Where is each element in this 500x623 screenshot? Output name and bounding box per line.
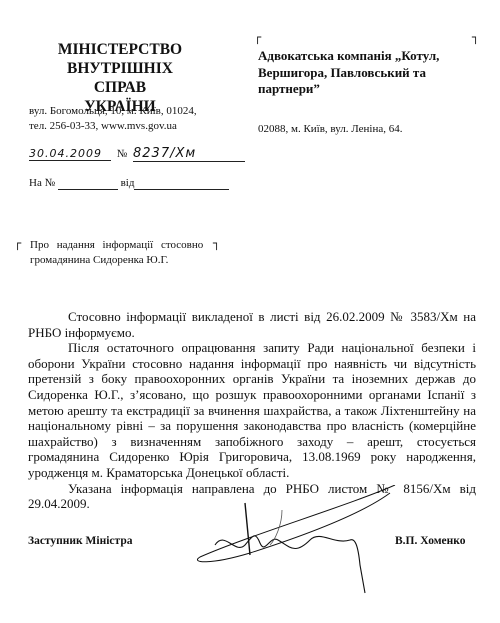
subject-bracket-left-icon: ┌: [14, 236, 21, 250]
reply-date-label: від: [121, 177, 135, 189]
body-paragraph-2: Після остаточного опрацювання запиту Рад…: [28, 340, 476, 480]
subject-line-2: громадянина Сидоренка Ю.Г.: [30, 253, 230, 268]
ministry-line-1: МІНІСТЕРСТВО: [40, 40, 200, 59]
reply-date-blank: [134, 177, 229, 190]
corner-bracket-right-icon: ┐: [472, 30, 479, 44]
corner-bracket-left-icon: ┌: [254, 30, 261, 44]
ministry-line-2: ВНУТРІШНІХ СПРАВ: [40, 59, 200, 97]
sender-address-line-2: тел. 256-03-33, www.mvs.gov.ua: [29, 119, 197, 134]
subject-line-1: Про надання інформації стосовно: [30, 238, 230, 253]
recipient-address: 02088, м. Київ, вул. Леніна, 64.: [258, 123, 403, 135]
subject: Про надання інформації стосовно громадян…: [30, 238, 230, 268]
body-paragraph-1: Стосовно інформації викладеної в листі в…: [28, 309, 476, 340]
handwritten-signature-icon: [190, 485, 400, 605]
sender-address: вул. Богомольця, 10, м. Київ, 01024, тел…: [29, 104, 197, 134]
sender-address-line-1: вул. Богомольця, 10, м. Київ, 01024,: [29, 104, 197, 119]
registration-date: 30.04.2009: [29, 147, 111, 161]
reply-reference-line: На № від: [29, 177, 229, 190]
reply-number-label: На №: [29, 177, 55, 189]
registration-number: 8237/Хм: [133, 146, 245, 162]
reply-number-blank: [58, 177, 118, 190]
recipient-name: Адвокатська компанія „Котул, Вершигора, …: [258, 48, 483, 98]
signer-title: Заступник Міністра: [28, 535, 132, 547]
signer-name: В.П. Хоменко: [395, 535, 466, 547]
registration-line: 30.04.2009 № 8237/Хм: [29, 146, 269, 164]
letter-body: Стосовно інформації викладеної в листі в…: [28, 309, 476, 512]
number-label: №: [117, 148, 128, 160]
